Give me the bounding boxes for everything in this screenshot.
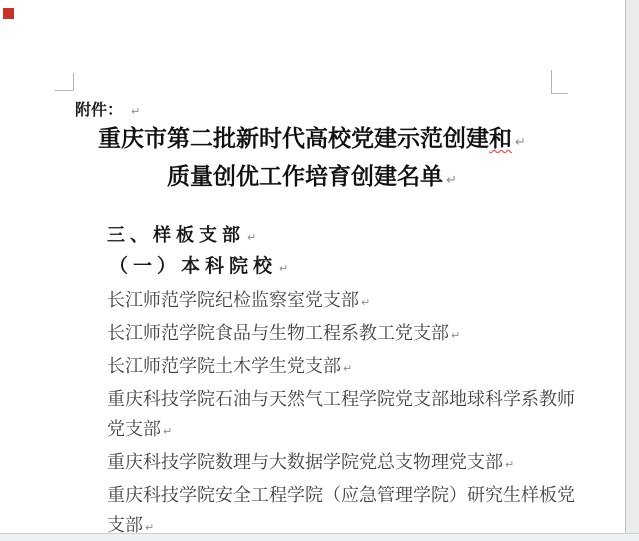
paragraph-mark-icon: ↵ — [145, 521, 154, 534]
subsection-heading-text: （一）本科院校 — [109, 256, 277, 277]
paragraph-mark-icon: ↵ — [247, 231, 256, 244]
list-item[interactable]: 长江师范学院土木学生党支部↵ — [107, 351, 585, 384]
list-item[interactable]: 长江师范学院食品与生物工程系教工党支部↵ — [107, 318, 585, 351]
title-line-1-text: 重庆市第二批新时代高校党建示范创建 — [98, 126, 489, 151]
list-item[interactable]: 重庆科技学院数理与大数据学院党总支物理党支部↵ — [107, 447, 585, 480]
text-boundary-mark-top-right — [551, 70, 552, 93]
list-item[interactable]: 重庆科技学院石油与天然气工程学院党支部地球科学系教师党支部↵ — [107, 384, 585, 447]
paragraph-mark-icon: ↵ — [163, 425, 172, 438]
paragraph-mark-icon: ↵ — [131, 105, 140, 118]
attachment-label[interactable]: 附件：↵ — [75, 102, 140, 121]
section-heading[interactable]: 三、样板支部↵ — [107, 226, 256, 247]
title-line-2-text: 质量创优工作培育创建名单 — [167, 164, 443, 189]
spellcheck-underline: 和 — [489, 126, 512, 151]
text-boundary-mark-top-right — [551, 93, 568, 94]
list-item[interactable]: 长江师范学院纪检监察室党支部↵ — [107, 285, 585, 318]
paragraph-mark-icon: ↵ — [505, 458, 514, 471]
text-boundary-mark-top-left — [73, 73, 74, 90]
list-item-text: 重庆科技学院安全工程学院（应急管理学院）研究生样板党支部 — [107, 485, 575, 535]
title-line-2: 质量创优工作培育创建名单↵ — [73, 160, 551, 198]
title-line-1: 重庆市第二批新时代高校党建示范创建和↵ — [73, 122, 551, 160]
document-window: 附件：↵ 重庆市第二批新时代高校党建示范创建和↵ 质量创优工作培育创建名单↵ 三… — [0, 0, 639, 541]
list-item-text: 长江师范学院纪检监察室党支部 — [107, 290, 359, 310]
list-item-text: 长江师范学院土木学生党支部 — [107, 356, 341, 376]
paragraph-mark-icon: ↵ — [279, 262, 288, 275]
subsection-heading[interactable]: （一）本科院校↵ — [109, 257, 288, 279]
paragraph-mark-icon: ↵ — [361, 296, 370, 309]
text-boundary-mark-top-left — [55, 90, 73, 91]
red-marker — [3, 8, 14, 19]
paragraph-mark-icon: ↵ — [446, 173, 457, 188]
branch-list: 长江师范学院纪检监察室党支部↵ 长江师范学院食品与生物工程系教工党支部↵ 长江师… — [107, 285, 585, 541]
paragraph-mark-icon: ↵ — [451, 329, 460, 342]
list-item-text: 重庆科技学院石油与天然气工程学院党支部地球科学系教师党支部 — [107, 389, 575, 439]
list-item-text: 重庆科技学院数理与大数据学院党总支物理党支部 — [107, 452, 503, 472]
right-gutter — [625, 0, 639, 533]
document-title[interactable]: 重庆市第二批新时代高校党建示范创建和↵ 质量创优工作培育创建名单↵ — [73, 122, 551, 198]
section-heading-text: 三、样板支部 — [107, 225, 245, 245]
list-item[interactable]: 重庆科技学院安全工程学院（应急管理学院）研究生样板党支部↵ — [107, 480, 585, 541]
paragraph-mark-icon: ↵ — [343, 362, 352, 375]
attachment-label-text: 附件： — [75, 102, 123, 119]
list-item-text: 长江师范学院食品与生物工程系教工党支部 — [107, 323, 449, 343]
paragraph-mark-icon: ↵ — [515, 135, 526, 150]
